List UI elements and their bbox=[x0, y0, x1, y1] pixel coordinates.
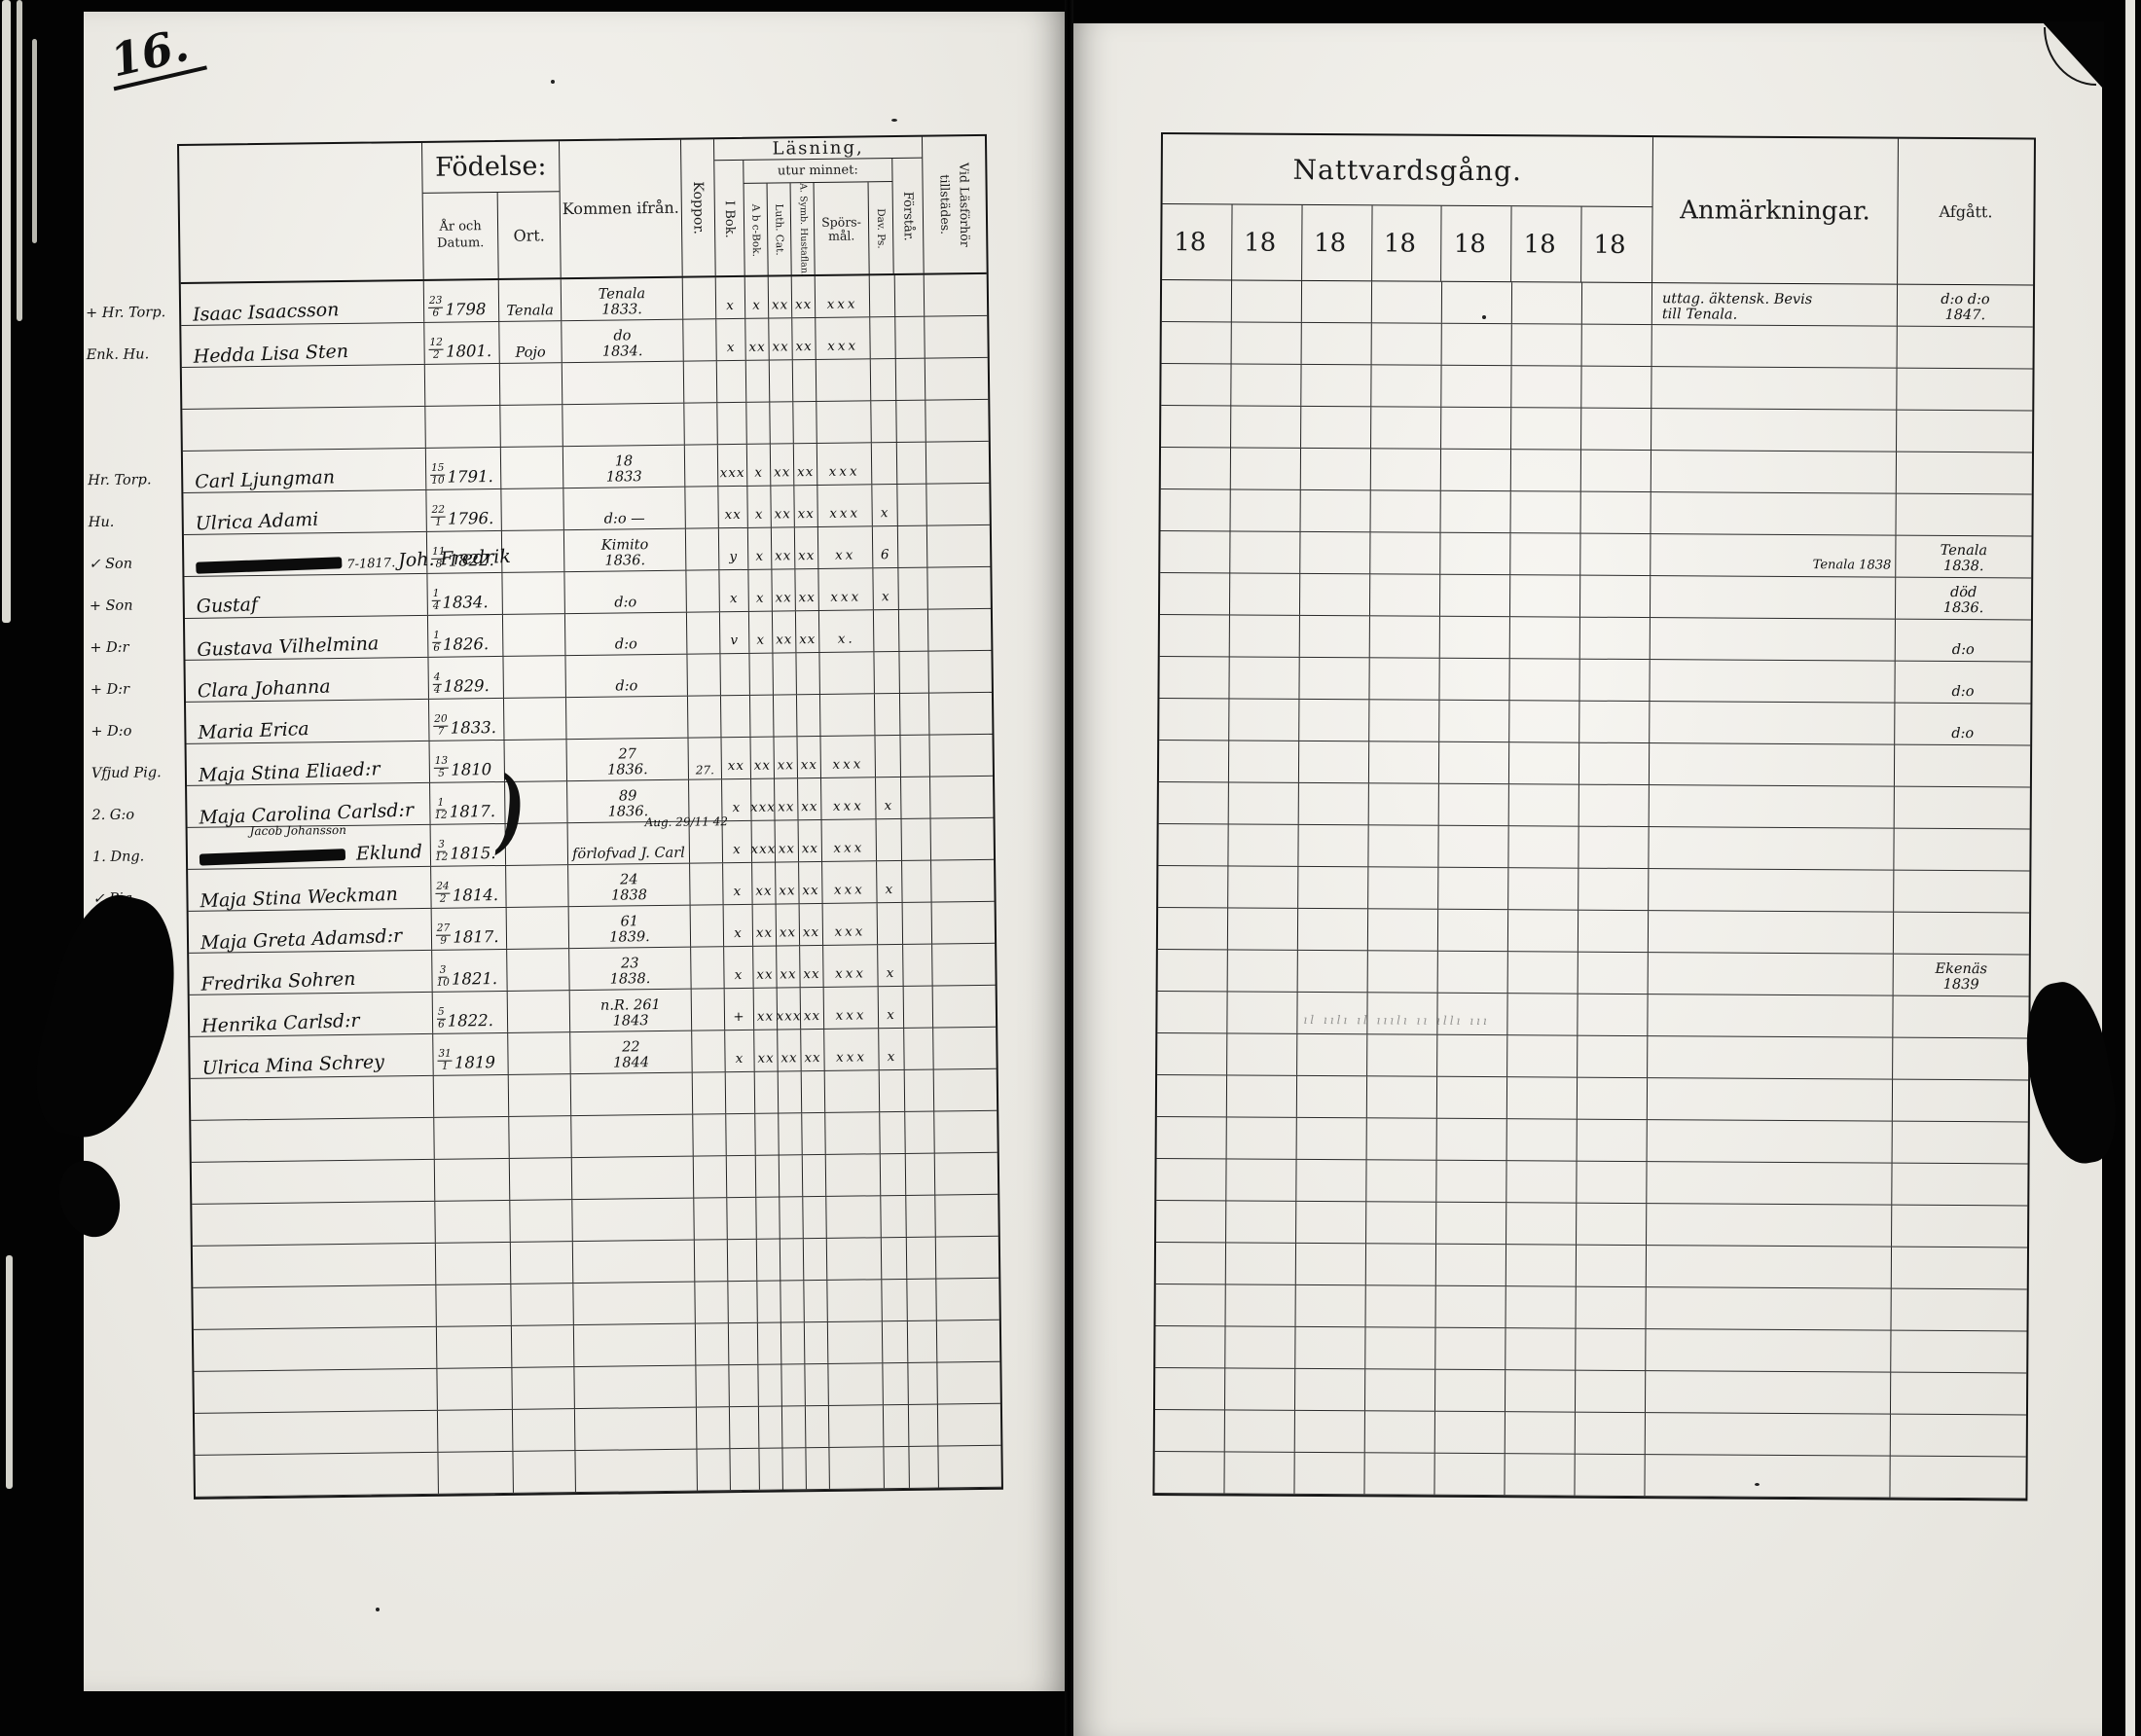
communion-year-cell bbox=[1434, 1454, 1505, 1495]
communion-year-cell bbox=[1440, 491, 1510, 532]
vid-lasforhor-header: Vid Läsförhör tillstädes. bbox=[923, 136, 987, 273]
departed-cell bbox=[1897, 411, 2032, 452]
communion-row: d:o bbox=[1159, 657, 2030, 704]
reading-ibok-cell bbox=[717, 361, 747, 402]
communion-year-cell bbox=[1298, 909, 1368, 950]
birth-year: 1819 bbox=[454, 1055, 495, 1071]
remarks-cell bbox=[1646, 1413, 1891, 1456]
reading-davps-cell bbox=[875, 694, 901, 735]
birth-cell: 3121815. bbox=[431, 824, 507, 866]
reading-davps-cell bbox=[884, 1405, 910, 1446]
remarks-cell bbox=[1651, 492, 1896, 535]
communion-year-cell bbox=[1229, 699, 1299, 740]
reading-sporsmal-cell bbox=[820, 694, 876, 736]
communion-year-cell bbox=[1506, 1412, 1576, 1453]
reading-davps-cell bbox=[881, 1154, 907, 1195]
reading-symb-cell bbox=[797, 695, 821, 736]
reading-symb-cell: xx bbox=[800, 904, 824, 945]
birth-day-month: 312 bbox=[435, 840, 449, 862]
smallpox-cell bbox=[684, 361, 718, 402]
communion-row: ıl ıılı ıl ııılı ıı ıllı ııı bbox=[1157, 992, 2028, 1038]
birth-date: 3121815. bbox=[431, 839, 496, 866]
departed-cell: d:o d:o1847. bbox=[1898, 285, 2033, 327]
name-cell: ✓ Son7-1817.Joh. Fredrik bbox=[184, 532, 427, 576]
birth-date: 3101821. bbox=[432, 964, 497, 992]
communion-year-cell bbox=[1159, 741, 1229, 781]
vid-lasforhor-cell bbox=[925, 274, 988, 316]
reading-ibok-cell: x bbox=[719, 570, 749, 611]
reading-abc-cell bbox=[758, 1323, 782, 1364]
handwritten-line: Tenala bbox=[506, 303, 554, 319]
communion-year-cell bbox=[1506, 1203, 1577, 1244]
birth-day: 3 bbox=[437, 840, 446, 852]
birth-date: 2211796. bbox=[427, 504, 494, 531]
remarks-cell bbox=[1650, 743, 1895, 786]
communion-year-cell bbox=[1582, 283, 1652, 324]
reading-abc-cell: x bbox=[749, 612, 774, 653]
reading-luth-cell bbox=[770, 360, 794, 401]
remarks-cell bbox=[1648, 1078, 1893, 1121]
communion-year-cell bbox=[1369, 700, 1439, 741]
communion-year-cell bbox=[1580, 492, 1651, 533]
scan-speck bbox=[1755, 1483, 1760, 1486]
reading-sporsmal-cell bbox=[828, 1363, 884, 1405]
birth-day-month: 236 bbox=[428, 296, 444, 318]
communion-row bbox=[1156, 1159, 2027, 1206]
ort-header: Ort. bbox=[498, 192, 561, 278]
handwritten-line: Tenala bbox=[1941, 544, 1988, 560]
reading-luth-cell bbox=[779, 1071, 803, 1112]
left-table-body: + Hr. Torp.Isaac Isaacsson2361798TenalaT… bbox=[181, 274, 1001, 1498]
name-cell bbox=[182, 365, 425, 409]
reading-ibok-cell: xx bbox=[721, 738, 751, 778]
reading-davps-cell bbox=[883, 1363, 909, 1404]
handwritten-line: förlofvad J. Carl bbox=[572, 845, 685, 862]
communion-year-cell bbox=[1161, 489, 1231, 530]
communion-year-cell bbox=[1440, 617, 1510, 658]
reading-ibok-cell bbox=[717, 403, 747, 444]
communion-year-cell bbox=[1577, 1287, 1647, 1328]
communion-year-cell bbox=[1161, 448, 1231, 488]
communion-year-cell bbox=[1298, 951, 1368, 992]
reading-sporsmal-cell bbox=[819, 652, 875, 694]
person-name-text: Ulrica Mina Schrey bbox=[201, 1051, 384, 1079]
koppor-header: Koppor. bbox=[681, 139, 716, 275]
communion-year-cell bbox=[1299, 783, 1369, 824]
birth-cell: 2421814. bbox=[431, 866, 507, 908]
handwritten-line: 1839. bbox=[609, 929, 650, 946]
reading-symb-cell bbox=[802, 1071, 826, 1112]
smallpox-cell bbox=[694, 1198, 728, 1239]
reading-sporsmal-cell bbox=[827, 1238, 883, 1280]
reading-luth-cell: xx bbox=[778, 1030, 802, 1070]
communion-year-cell bbox=[1372, 281, 1442, 322]
communion-row: död1836. bbox=[1160, 573, 2031, 620]
communion-year-cell bbox=[1368, 951, 1438, 992]
person-name-text: Isaac Isaacsson bbox=[193, 299, 340, 325]
communion-year-cell bbox=[1156, 1201, 1226, 1242]
birth-day-month: 242 bbox=[435, 882, 451, 904]
row-margin-note: 2. G:o bbox=[91, 807, 183, 823]
communion-year-cell bbox=[1579, 785, 1650, 826]
reading-symb-cell bbox=[793, 402, 817, 443]
handwritten-line: 61 bbox=[620, 914, 638, 929]
reading-abc-cell: x bbox=[747, 445, 772, 486]
forstar-cell bbox=[899, 652, 929, 693]
birthplace-cell bbox=[501, 488, 564, 530]
birth-cell bbox=[425, 364, 501, 406]
communion-year-cell bbox=[1437, 1035, 1507, 1076]
forstar-cell bbox=[908, 1321, 938, 1362]
came-from-cell bbox=[566, 697, 689, 740]
reading-sporsmal-cell: x. bbox=[819, 610, 875, 652]
reading-ibok-cell: x bbox=[725, 1031, 755, 1071]
smallpox-cell bbox=[683, 319, 717, 360]
birth-year: 1821. bbox=[452, 971, 497, 988]
departed-cell bbox=[1898, 327, 2033, 369]
communion-year-cell bbox=[1582, 325, 1652, 366]
reading-davps-cell bbox=[877, 819, 903, 860]
reading-abc-cell bbox=[749, 654, 774, 695]
handwritten-line: 1847. bbox=[1945, 308, 1986, 324]
communion-year-cell bbox=[1579, 827, 1649, 868]
reading-abc-cell bbox=[755, 1072, 780, 1113]
reading-symb-cell: xx bbox=[796, 611, 820, 652]
birth-month: 9 bbox=[440, 935, 447, 946]
came-from-cell: n.R. 2611843 bbox=[570, 990, 693, 1032]
departed-cell bbox=[1894, 913, 2029, 955]
kommen-ifran-header: Kommen ifrån. bbox=[560, 140, 683, 278]
reading-sporsmal-cell: xxx bbox=[818, 568, 874, 610]
smallpox-cell bbox=[697, 1407, 731, 1448]
reading-symb-cell: xx bbox=[797, 737, 821, 778]
came-from-cell bbox=[573, 1283, 696, 1325]
birth-cell: 3111819 bbox=[433, 1033, 509, 1075]
reading-ibok-cell bbox=[728, 1240, 758, 1281]
reading-sporsmal-cell: xxx bbox=[823, 945, 879, 987]
communion-year-cell bbox=[1579, 660, 1650, 701]
birth-date: 2071833. bbox=[429, 713, 496, 741]
communion-row bbox=[1156, 1201, 2027, 1248]
communion-year-cell bbox=[1161, 406, 1231, 447]
person-name: Maria Erica bbox=[198, 720, 309, 742]
handwritten-line: 1836. bbox=[604, 553, 645, 569]
birth-date: 3111819 bbox=[433, 1048, 495, 1075]
communion-year-cell bbox=[1578, 1036, 1648, 1077]
communion-year-cell bbox=[1294, 1453, 1364, 1494]
communion-year-cell bbox=[1436, 1161, 1506, 1202]
person-name-text: Gustava Vilhelmina bbox=[197, 633, 380, 661]
name-cell: 1. Dng.Jacob Johansson EklundAug. 29/11 … bbox=[188, 825, 431, 869]
smallpox-cell bbox=[695, 1282, 729, 1322]
handwritten-line: 1838. bbox=[610, 971, 651, 988]
communion-row bbox=[1162, 322, 2033, 369]
name-cell: Hr. Torp.Carl Ljungman bbox=[183, 449, 426, 492]
birthplace-cell bbox=[503, 614, 566, 656]
reading-davps-cell: x bbox=[873, 568, 899, 609]
person-name: Isaac Isaacsson bbox=[193, 301, 340, 324]
remarks-cell bbox=[1647, 1287, 1892, 1330]
birthplace-cell bbox=[506, 865, 569, 907]
reading-luth-cell bbox=[782, 1448, 807, 1489]
birth-day-month: 122 bbox=[428, 338, 444, 360]
reading-ibok-cell bbox=[726, 1072, 756, 1113]
smallpox-cell bbox=[697, 1449, 731, 1490]
birth-cell: 1121817. bbox=[430, 782, 506, 824]
smallpox-cell bbox=[686, 570, 720, 611]
scan-speck bbox=[376, 1608, 380, 1611]
came-from-cell: d:o bbox=[564, 571, 687, 614]
reading-ibok-cell bbox=[726, 1114, 756, 1155]
person-name-text: Maja Stina Eliaed:r bbox=[199, 758, 381, 786]
communion-row bbox=[1154, 1452, 2025, 1499]
reading-symb-cell bbox=[796, 653, 820, 694]
departed-cell: död1836. bbox=[1896, 578, 2031, 620]
nattvardsgang-header: Nattvardsgång. bbox=[1163, 134, 1652, 207]
handwritten-line: 18 bbox=[615, 453, 634, 469]
birthplace-cell bbox=[507, 949, 570, 991]
reading-ibok-cell bbox=[720, 654, 750, 695]
birth-day: 15 bbox=[430, 463, 446, 476]
reading-luth-cell bbox=[780, 1281, 805, 1321]
birthplace-cell bbox=[503, 656, 566, 698]
reading-ibok-cell bbox=[730, 1449, 760, 1490]
reading-abc-cell: xx bbox=[753, 905, 778, 946]
communion-year-cell bbox=[1371, 407, 1441, 448]
name-cell: Pig.Henrika Carlsd:r bbox=[190, 993, 433, 1036]
vid-lasforhor-cell bbox=[931, 860, 995, 902]
communion-year-cell bbox=[1228, 824, 1298, 865]
communion-year-cell bbox=[1581, 367, 1651, 408]
communion-year-cell bbox=[1296, 1244, 1366, 1284]
reading-symb-cell bbox=[802, 1113, 826, 1154]
communion-year-cell bbox=[1442, 324, 1512, 365]
reading-luth-cell: xx bbox=[776, 820, 800, 861]
communion-year-cell bbox=[1509, 784, 1579, 825]
smallpox-cell bbox=[692, 1031, 726, 1071]
came-from-cell: Kimito1836. bbox=[564, 529, 687, 572]
book-edge-strip bbox=[6, 1255, 13, 1489]
vid-lasforhor-cell bbox=[932, 902, 996, 944]
communion-year-cell bbox=[1435, 1370, 1506, 1411]
vid-lasforhor-cell bbox=[933, 1028, 997, 1069]
birth-month: 4 bbox=[434, 684, 441, 695]
handwritten-line: 23 bbox=[621, 956, 639, 971]
reading-sporsmal-cell: xxx bbox=[820, 736, 876, 778]
communion-year-cell bbox=[1365, 1369, 1435, 1410]
departed-cell bbox=[1893, 1080, 2028, 1122]
row-margin-note: + Hr. Torp. bbox=[86, 305, 177, 321]
communion-row bbox=[1157, 1117, 2028, 1164]
birthplace-cell bbox=[512, 1325, 575, 1367]
handwritten-line: d:o bbox=[1951, 727, 1974, 742]
birth-cell bbox=[434, 1117, 510, 1159]
birth-cell: 1351810 bbox=[430, 741, 506, 782]
person-name: Carl Ljungman bbox=[195, 468, 335, 491]
vid-lasforhor-cell bbox=[931, 818, 995, 860]
came-from-cell bbox=[573, 1241, 696, 1284]
reading-luth-cell: xx bbox=[769, 276, 793, 317]
communion-year-cell bbox=[1231, 364, 1301, 405]
reading-davps-cell: x bbox=[879, 1029, 905, 1069]
birth-date: 1121817. bbox=[430, 797, 495, 824]
remarks-cell bbox=[1648, 1036, 1893, 1079]
reading-abc-cell bbox=[756, 1198, 780, 1239]
remarks-cell bbox=[1650, 660, 1895, 703]
reading-ibok-cell bbox=[721, 696, 751, 737]
birthplace-cell bbox=[507, 907, 570, 949]
reading-ibok-cell bbox=[729, 1323, 759, 1364]
reading-abc-cell bbox=[746, 403, 771, 444]
fodelse-group-header: Födelse: År och Datum. Ort. bbox=[422, 141, 562, 279]
person-name-text: Gustaf bbox=[196, 594, 258, 617]
communion-row bbox=[1157, 1075, 2028, 1122]
vid-lasforhor-cell bbox=[937, 1362, 1000, 1404]
reading-davps-cell bbox=[882, 1238, 908, 1279]
birth-month: 6 bbox=[438, 1019, 445, 1030]
handwritten-line: 22 bbox=[622, 1039, 640, 1055]
reading-davps-cell bbox=[883, 1321, 909, 1362]
reading-sporsmal-cell bbox=[829, 1405, 885, 1447]
communion-year-cell bbox=[1160, 573, 1230, 614]
name-cell bbox=[195, 1453, 438, 1497]
reading-symb-cell bbox=[793, 360, 817, 401]
handwritten-line: 27. bbox=[696, 764, 714, 778]
communion-year-cell bbox=[1505, 1454, 1575, 1495]
luth-cat-header: Luth. Cat. bbox=[768, 183, 792, 276]
row-margin-note: Enk. Hu. bbox=[87, 346, 178, 363]
smallpox-cell bbox=[687, 654, 721, 695]
communion-year-cell bbox=[1576, 1413, 1646, 1454]
communion-year-cell bbox=[1366, 1202, 1436, 1243]
departed-cell bbox=[1891, 1373, 2026, 1415]
handwritten-line: 1834. bbox=[602, 344, 643, 360]
handwritten-line: d:o d:o bbox=[1941, 293, 1990, 308]
communion-year-cell bbox=[1156, 1243, 1226, 1284]
communion-year-cell bbox=[1226, 1243, 1296, 1284]
vid-lasforhor-cell bbox=[929, 735, 993, 777]
communion-row bbox=[1161, 406, 2032, 452]
communion-year-cell bbox=[1511, 366, 1581, 407]
communion-year-cell bbox=[1229, 741, 1299, 781]
vid-lasforhor-cell bbox=[935, 1195, 998, 1237]
came-from-cell: 181833 bbox=[563, 446, 686, 488]
row-margin-note: Vfjud Pig. bbox=[91, 765, 183, 781]
remarks-cell bbox=[1649, 869, 1894, 912]
forstar-cell bbox=[897, 443, 927, 484]
birth-year: 1791. bbox=[447, 469, 492, 486]
communion-year-cell bbox=[1435, 1412, 1506, 1453]
communion-year-cell bbox=[1155, 1410, 1225, 1451]
name-cell: + D:oMaria Erica bbox=[186, 700, 429, 743]
reading-abc-cell: x bbox=[747, 487, 772, 527]
departed-cell bbox=[1893, 1122, 2028, 1164]
year-header-cell: 18 bbox=[1162, 204, 1232, 279]
vid-lasforhor-cell bbox=[928, 609, 992, 651]
reading-luth-cell: xx bbox=[777, 946, 801, 987]
communion-year-cell bbox=[1157, 992, 1227, 1032]
page-number: 16. bbox=[102, 18, 207, 90]
communion-row: Ekenäs1839 bbox=[1158, 950, 2029, 996]
birth-month: 1 bbox=[442, 1061, 449, 1071]
communion-year-cell bbox=[1299, 741, 1369, 782]
reading-symb-cell: xx bbox=[799, 820, 823, 861]
handwritten-line: d:o bbox=[615, 678, 637, 695]
reading-luth-cell: xx bbox=[777, 904, 801, 945]
lasning-header: Läsning, bbox=[714, 137, 922, 162]
reading-ibok-cell: y bbox=[719, 528, 749, 569]
communion-year-cell bbox=[1161, 364, 1231, 405]
reading-luth-cell: xx bbox=[771, 444, 795, 485]
reading-sporsmal-cell bbox=[826, 1196, 882, 1238]
departed-cell: d:o bbox=[1895, 662, 2030, 704]
reading-sporsmal-cell bbox=[827, 1280, 883, 1321]
person-name-text: Joh. Fredrik bbox=[398, 546, 511, 571]
birthplace-cell bbox=[509, 1116, 572, 1158]
communion-year-cell bbox=[1157, 1033, 1227, 1074]
handwritten-line: 1843 bbox=[612, 1013, 648, 1030]
birth-day-month: 44 bbox=[433, 672, 442, 695]
communion-row bbox=[1156, 1284, 2027, 1331]
reading-abc-cell: xx bbox=[752, 863, 777, 904]
reading-symb-cell: xx bbox=[799, 862, 823, 903]
communion-year-cell bbox=[1580, 618, 1651, 659]
smallpox-cell bbox=[691, 905, 725, 946]
communion-year-cell bbox=[1159, 782, 1229, 823]
handwritten-line: 1836. bbox=[1943, 601, 1984, 617]
vid-lasforhor-cell bbox=[925, 400, 989, 442]
person-name-text: Henrika Carlsd:r bbox=[201, 1010, 360, 1037]
name-cell: ✓ Pig.Maja Stina Weckman bbox=[188, 867, 431, 911]
forstar-cell bbox=[901, 778, 931, 818]
communion-year-cell bbox=[1156, 1284, 1226, 1325]
handwritten-line: 1836. bbox=[607, 762, 648, 778]
smallpox-cell bbox=[696, 1365, 730, 1406]
reading-abc-cell bbox=[759, 1448, 783, 1489]
birthplace-cell bbox=[511, 1242, 574, 1284]
came-from-cell bbox=[574, 1366, 697, 1409]
scan-speck bbox=[551, 80, 555, 84]
reading-davps-cell bbox=[870, 275, 896, 316]
reading-symb-cell: xx bbox=[792, 318, 816, 359]
reading-ibok-cell: + bbox=[725, 989, 755, 1030]
dav-ps-header: Dav. Ps. bbox=[869, 182, 893, 275]
handwritten-line: Tenala bbox=[599, 286, 646, 303]
reading-davps-cell bbox=[880, 1070, 906, 1111]
departed-cell: Tenala1838. bbox=[1896, 536, 2031, 578]
reading-luth-cell bbox=[773, 653, 797, 694]
communion-year-cell bbox=[1506, 1328, 1576, 1369]
departed-cell bbox=[1891, 1415, 2026, 1457]
forstar-cell bbox=[906, 1196, 936, 1237]
communion-year-cell bbox=[1579, 702, 1650, 742]
communion-year-cell bbox=[1229, 782, 1299, 823]
communion-year-cell bbox=[1298, 867, 1368, 908]
came-from-cell: d:o — bbox=[563, 488, 686, 530]
communion-year-cell bbox=[1579, 743, 1650, 784]
came-from-cell bbox=[562, 404, 685, 447]
birth-day-month: 207 bbox=[433, 714, 449, 737]
reading-davps-cell bbox=[880, 1112, 906, 1153]
remarks-cell bbox=[1647, 1246, 1892, 1288]
smallpox-cell bbox=[685, 487, 719, 527]
communion-year-cell bbox=[1510, 491, 1580, 532]
came-from-cell bbox=[571, 1115, 694, 1158]
communion-year-cell bbox=[1365, 1327, 1435, 1368]
communion-year-cell bbox=[1512, 282, 1582, 323]
name-cell: + D:rClara Johanna bbox=[185, 658, 428, 702]
reading-abc-cell bbox=[750, 696, 775, 737]
